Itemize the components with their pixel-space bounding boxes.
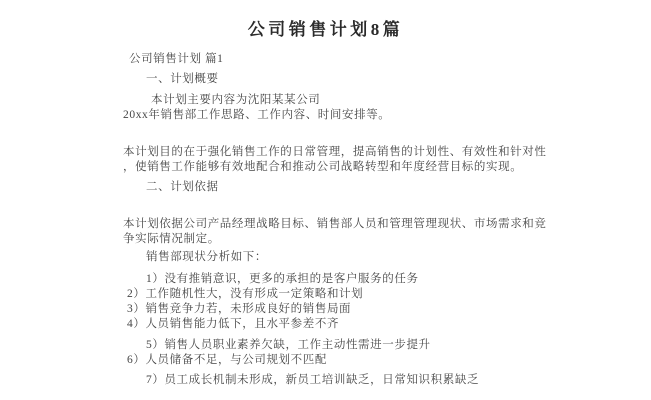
doc-line-heading-1: 一、计划概要	[123, 72, 651, 87]
doc-line-para: 争实际情况制定。	[123, 232, 651, 247]
document-body: 公司销售计划 篇1 一、计划概要 本计划主要内容为沈阳某某公司 20xx年销售部…	[0, 40, 651, 388]
doc-line-list-item-4: 4）人员销售能力低下，且水平参差不齐	[123, 317, 651, 332]
doc-line-list-item-1: 1）没有推销意识，更多的承担的是客户服务的任务	[123, 272, 651, 287]
doc-line-para: ，使销售工作能够有效地配合和推动公司战略转型和年度经营目标的实现。	[123, 160, 651, 175]
doc-line-para: 本计划主要内容为沈阳某某公司	[123, 93, 651, 108]
doc-line-list-item-2: 2）工作随机性大，没有形成一定策略和计划	[123, 287, 651, 302]
doc-line-list-item-7: 7）员工成长机制未形成，新员工培训缺乏，日常知识积累缺乏	[123, 373, 651, 388]
doc-line-subtitle: 公司销售计划 篇1	[123, 52, 651, 67]
doc-line-para: 20xx年销售部工作思路、工作内容、时间安排等。	[123, 108, 651, 123]
document-title: 公司销售计划8篇	[0, 20, 651, 40]
doc-line-para: 本计划依据公司产品经理战略目标、销售部人员和管理管理现状、市场需求和竞	[123, 217, 651, 232]
doc-line-list-item-6: 6）人员储备不足，与公司规划不匹配	[123, 353, 651, 368]
doc-line-para: 销售部现状分析如下：	[123, 250, 651, 265]
document-page: 公司销售计划8篇 公司销售计划 篇1 一、计划概要 本计划主要内容为沈阳某某公司…	[0, 0, 651, 400]
doc-line-list-item-3: 3）销售竞争力若，未形成良好的销售局面	[123, 302, 651, 317]
doc-line-heading-2: 二、计划依据	[123, 180, 651, 195]
doc-line-list-item-5: 5）销售人员职业素养欠缺，工作主动性需进一步提升	[123, 338, 651, 353]
doc-line-para: 本计划目的在于强化销售工作的日常管理，提高销售的计划性、有效性和针对性	[123, 145, 651, 160]
